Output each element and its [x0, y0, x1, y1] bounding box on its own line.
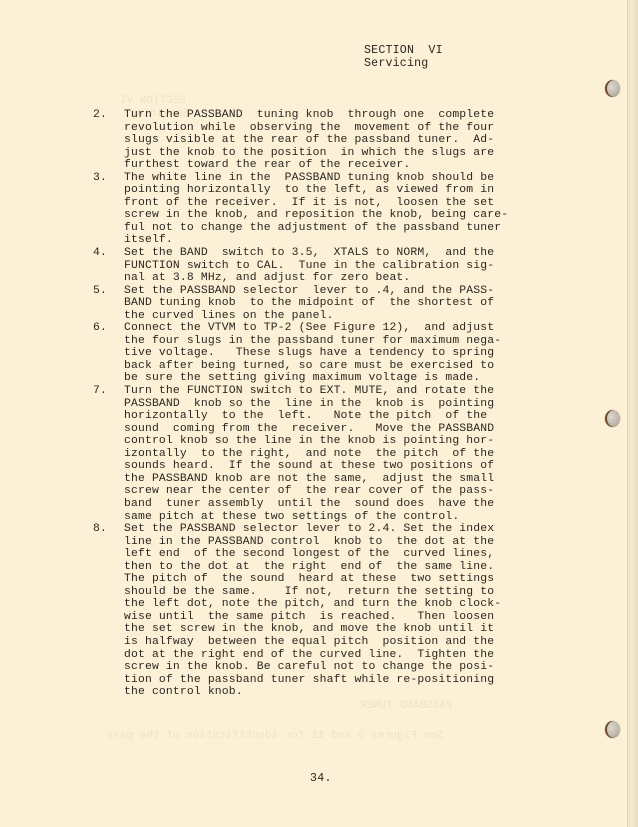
- step-number: 7.: [93, 385, 124, 398]
- text-line: dot at the right end of the curved line.…: [124, 649, 533, 662]
- procedure-step: 2.Turn the PASSBAND tuning knob through …: [93, 109, 533, 172]
- text-line: sound coming from the receiver. Move the…: [124, 423, 533, 436]
- procedure-step: 5.Set the PASSBAND selector lever to .4,…: [93, 285, 533, 323]
- text-line: the four slugs in the passband tuner for…: [124, 335, 533, 348]
- text-line: Connect the VTVM to TP-2 (See Figure 12)…: [124, 322, 533, 335]
- text-line: should be the same. If not, return the s…: [124, 586, 533, 599]
- text-line: the control knob.: [124, 686, 533, 699]
- text-line: screw near the center of the rear cover …: [124, 485, 533, 498]
- text-line: furthest toward the rear of the receiver…: [124, 159, 533, 172]
- text-line: just the knob to the position in which t…: [124, 147, 533, 160]
- bleed-through-text: PASSBAND TUNER: [360, 700, 452, 712]
- step-number: 4.: [93, 247, 124, 260]
- text-line: revolution while observing the movement …: [124, 122, 533, 135]
- text-line: Set the PASSBAND selector lever to .4, a…: [124, 285, 533, 298]
- text-line: control knob so the line in the knob is …: [124, 435, 533, 448]
- text-line: front of the receiver. If it is not, loo…: [124, 197, 533, 210]
- text-line: The white line in the PASSBAND tuning kn…: [124, 172, 533, 185]
- text-line: FUNCTION switch to CAL. Tune in the cali…: [124, 260, 533, 273]
- text-line: line in the PASSBAND control knob to the…: [124, 536, 533, 549]
- text-line: Set the PASSBAND selector lever to 2.4. …: [124, 523, 533, 536]
- text-line: the left dot, note the pitch, and turn t…: [124, 598, 533, 611]
- section-subtitle: Servicing: [364, 57, 443, 70]
- procedure-step: 6.Connect the VTVM to TP-2 (See Figure 1…: [93, 322, 533, 385]
- step-text: Connect the VTVM to TP-2 (See Figure 12)…: [124, 322, 533, 385]
- text-line: BAND tuning knob to the midpoint of the …: [124, 297, 533, 310]
- section-header: SECTION VI Servicing: [364, 44, 443, 70]
- procedure-step: 3.The white line in the PASSBAND tuning …: [93, 172, 533, 247]
- text-line: tive voltage. These slugs have a tendenc…: [124, 347, 533, 360]
- section-title: SECTION VI: [364, 44, 443, 57]
- text-line: Set the BAND switch to 3.5, XTALS to NOR…: [124, 247, 533, 260]
- text-line: the set screw in the knob, and move the …: [124, 623, 533, 636]
- text-line: is halfway between the equal pitch posit…: [124, 636, 533, 649]
- text-line: then to the dot at the right end of the …: [124, 561, 533, 574]
- text-line: band tuner assembly until the sound does…: [124, 498, 533, 511]
- text-line: nal at 3.8 MHz, and adjust for zero beat…: [124, 272, 533, 285]
- text-line: The pitch of the sound heard at these tw…: [124, 573, 533, 586]
- bleed-through-text: SECTION VI: [120, 95, 186, 107]
- text-line: the curved lines on the panel.: [124, 310, 533, 323]
- text-line: be sure the setting giving maximum volta…: [124, 372, 533, 385]
- text-line: Turn the FUNCTION switch to EXT. MUTE, a…: [124, 385, 533, 398]
- procedure-step: 8.Set the PASSBAND selector lever to 2.4…: [93, 523, 533, 699]
- text-line: wise until the same pitch is reached. Th…: [124, 611, 533, 624]
- step-text: The white line in the PASSBAND tuning kn…: [124, 172, 533, 247]
- text-line: back after being turned, so care must be…: [124, 360, 533, 373]
- text-line: horizontally to the left. Note the pitch…: [124, 410, 533, 423]
- text-line: itself.: [124, 234, 533, 247]
- step-number: 5.: [93, 285, 124, 298]
- step-text: Set the PASSBAND selector lever to 2.4. …: [124, 523, 533, 699]
- procedure-list: 2.Turn the PASSBAND tuning knob through …: [93, 109, 533, 699]
- procedure-step: 7.Turn the FUNCTION switch to EXT. MUTE,…: [93, 385, 533, 523]
- text-line: ful not to change the adjustment of the …: [124, 222, 533, 235]
- text-line: screw in the knob. Be careful not to cha…: [124, 661, 533, 674]
- step-text: Turn the FUNCTION switch to EXT. MUTE, a…: [124, 385, 533, 523]
- step-number: 3.: [93, 172, 124, 185]
- step-text: Turn the PASSBAND tuning knob through on…: [124, 109, 533, 172]
- text-line: Turn the PASSBAND tuning knob through on…: [124, 109, 533, 122]
- text-line: screw in the knob, and reposition the kn…: [124, 209, 533, 222]
- procedure-step: 4.Set the BAND switch to 3.5, XTALS to N…: [93, 247, 533, 285]
- text-line: left end of the second longest of the cu…: [124, 548, 533, 561]
- binder-hole-icon: [605, 721, 620, 738]
- step-text: Set the PASSBAND selector lever to .4, a…: [124, 285, 533, 323]
- step-number: 6.: [93, 322, 124, 335]
- step-text: Set the BAND switch to 3.5, XTALS to NOR…: [124, 247, 533, 285]
- text-line: same pitch at these two settings of the …: [124, 511, 533, 524]
- bleed-through-text: See Figures 9 and 11 for identification …: [100, 730, 443, 742]
- binder-hole-icon: [605, 80, 620, 97]
- text-line: slugs visible at the rear of the passban…: [124, 134, 533, 147]
- text-line: tion of the passband tuner shaft while r…: [124, 674, 533, 687]
- text-line: sounds heard. If the sound at these two …: [124, 460, 533, 473]
- page-edge: [627, 0, 638, 827]
- text-line: the PASSBAND knob are not the same, adju…: [124, 473, 533, 486]
- step-number: 2.: [93, 109, 124, 122]
- text-line: PASSBAND knob so the line in the knob is…: [124, 398, 533, 411]
- step-number: 8.: [93, 523, 124, 536]
- text-line: pointing horizontally to the left, as vi…: [124, 184, 533, 197]
- text-line: izontally to the right, and note the pit…: [124, 448, 533, 461]
- page-number: 34.: [310, 772, 332, 785]
- binder-hole-icon: [605, 410, 620, 427]
